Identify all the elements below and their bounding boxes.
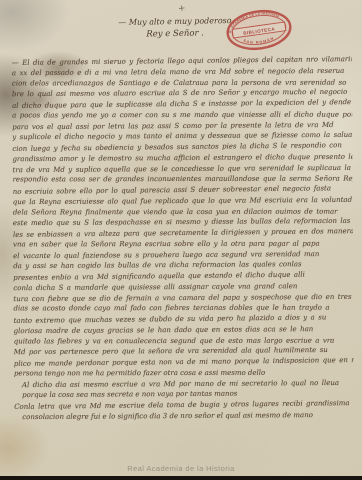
scan-edge-strip — [0, 476, 362, 480]
archive-watermark: Real Academia de la Historia — [0, 464, 362, 473]
invocation-cross-mark: + — [177, 4, 186, 15]
manuscript-scan: + — Muy alto e muy poderoso Rey e Señor … — [0, 0, 362, 480]
manuscript-body: — El dia de grandes mi sieruo y fectoria… — [12, 55, 355, 423]
